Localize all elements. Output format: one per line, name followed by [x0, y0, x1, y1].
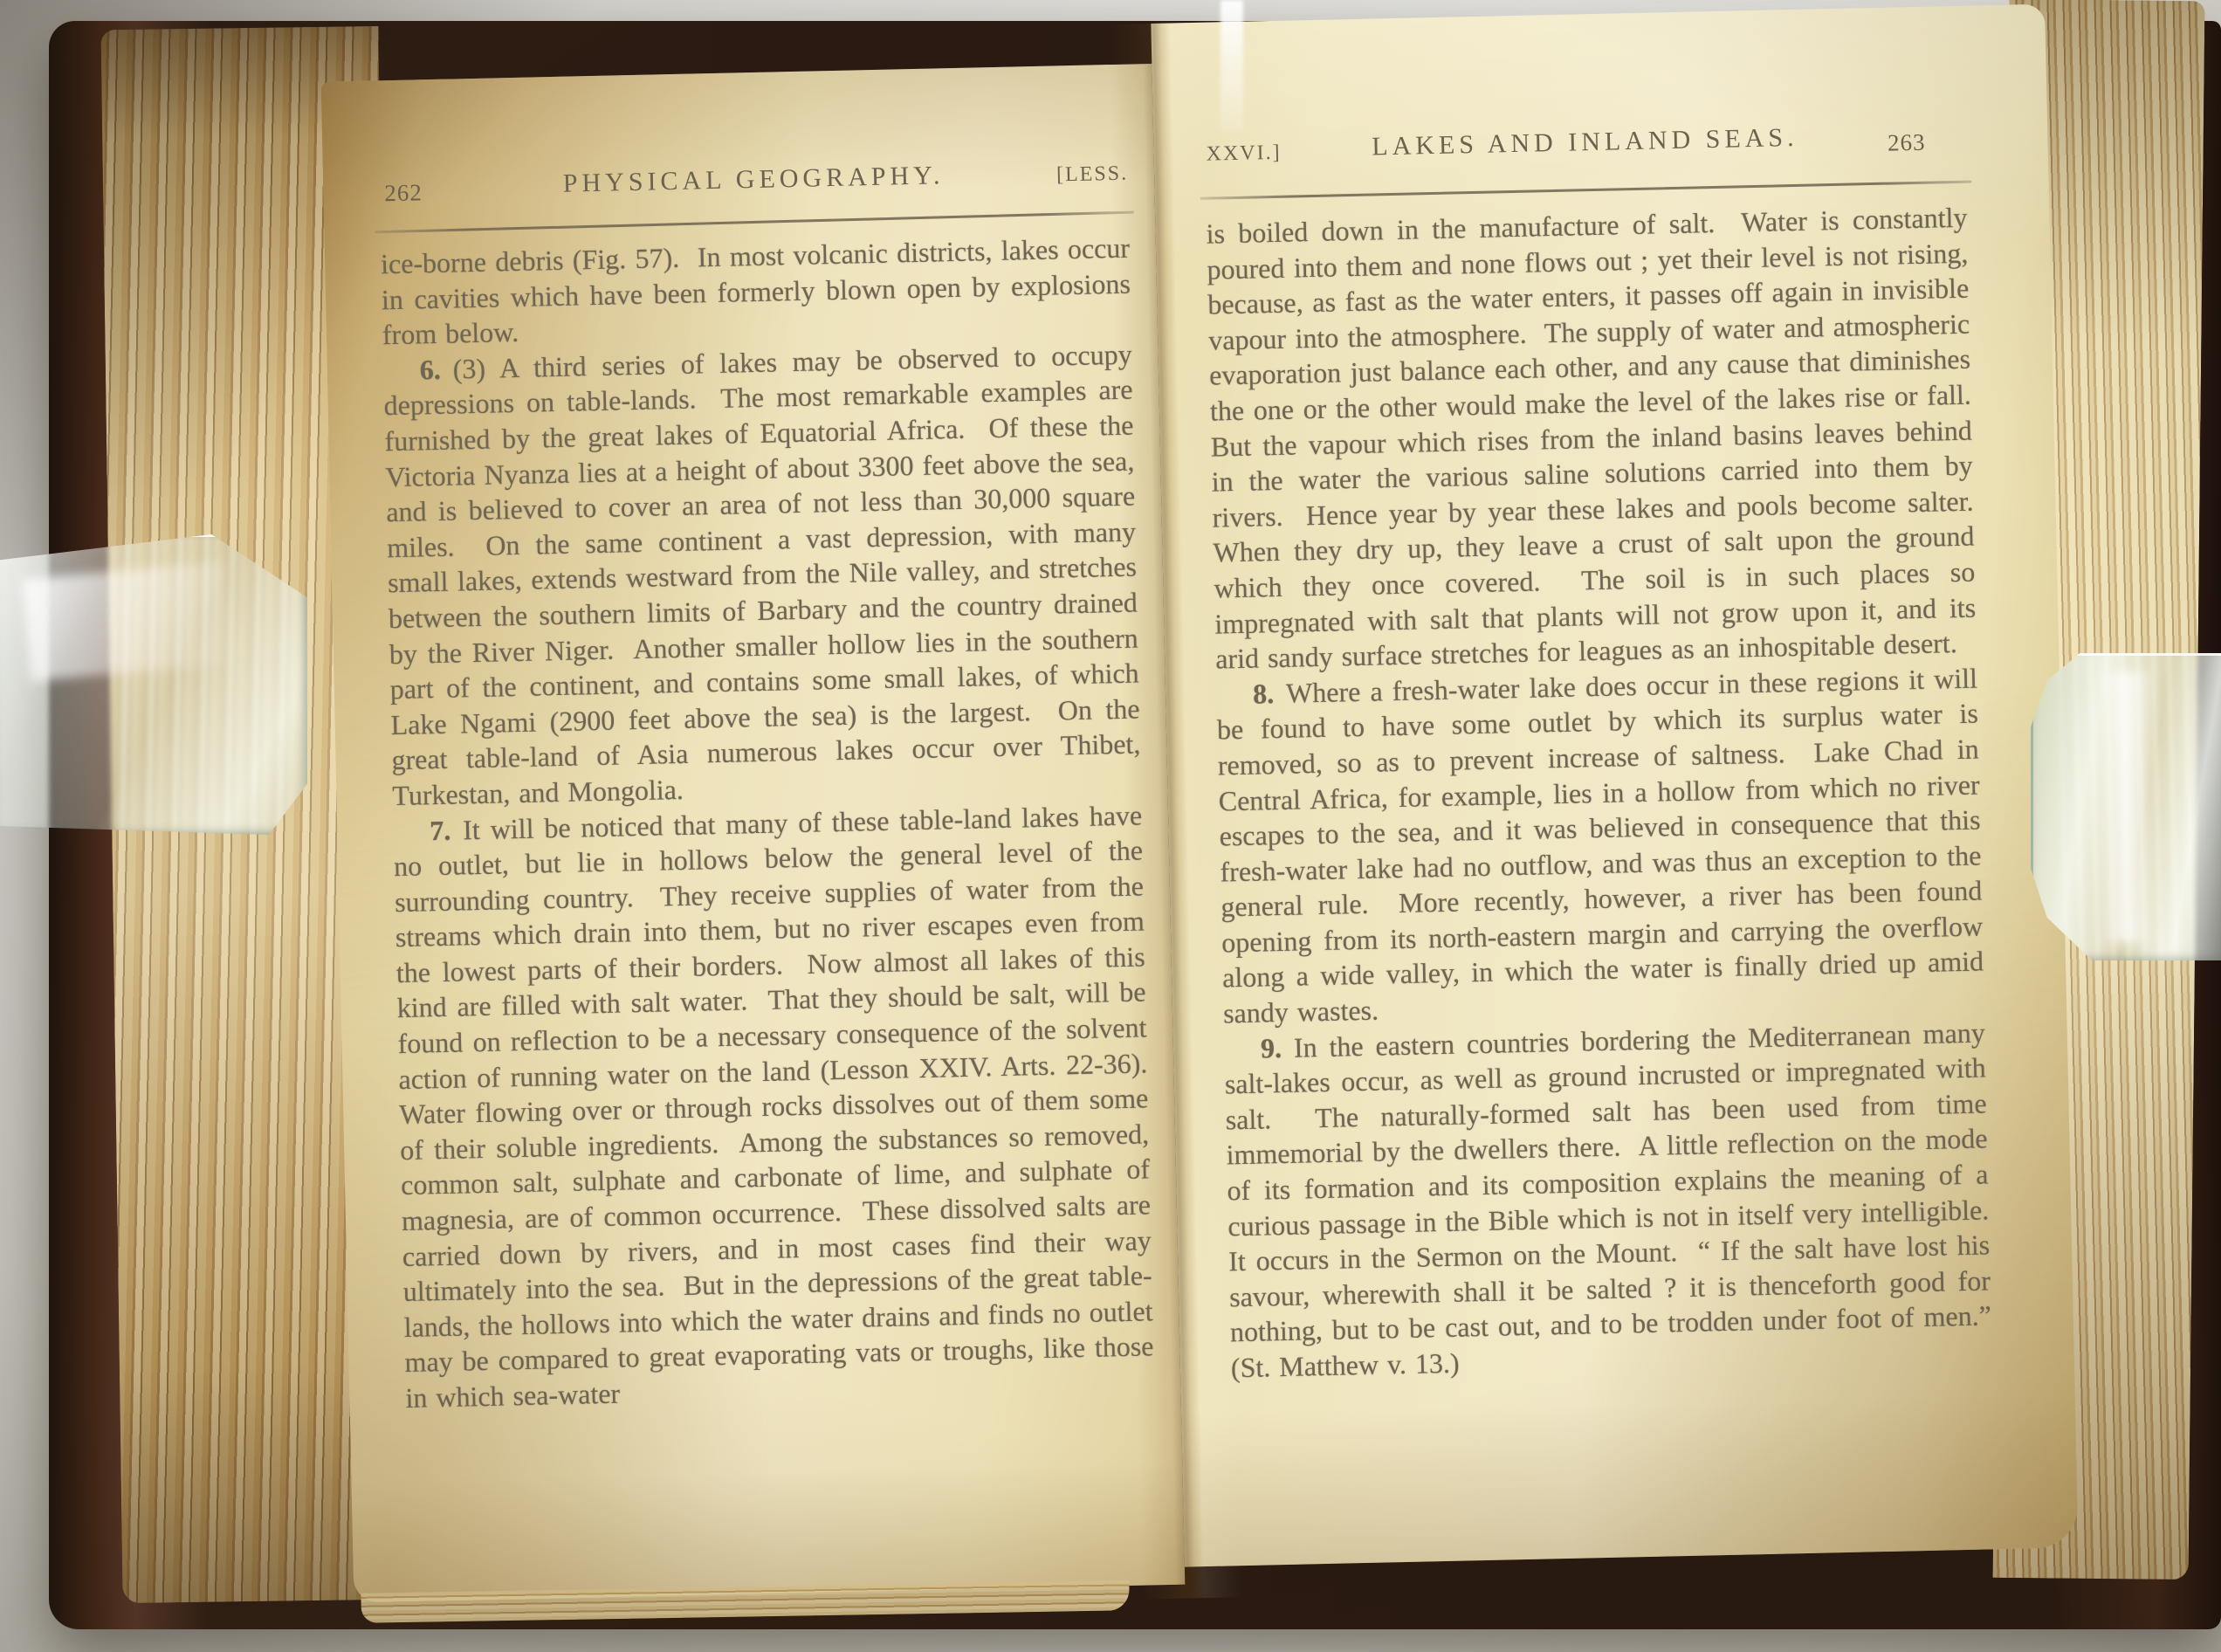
left-page: 262 PHYSICAL GEOGRAPHY. [LESS. ice-borne… — [321, 64, 1186, 1602]
glass-paperweight-right — [2031, 653, 2221, 960]
light-reflection — [1221, 0, 1243, 131]
paragraph-number: 7. — [430, 814, 464, 846]
paragraph-text: (3) A third series of lakes may be obser… — [383, 338, 1149, 811]
left-header-rule — [375, 211, 1134, 234]
paragraph-number: 9. — [1261, 1031, 1295, 1063]
right-body-text: is boiled down in the manufacture of sal… — [1206, 200, 1992, 1386]
paragraph-text: In the eastern countries bordering the M… — [1224, 1016, 2009, 1383]
right-header-rule — [1200, 181, 1972, 200]
paragraph-number: 8. — [1253, 678, 1287, 710]
paragraph: 6.(3) A third series of lakes may be obs… — [382, 336, 1141, 813]
paragraph-text: is boiled down in the manufacture of sal… — [1206, 201, 1991, 674]
right-page: XXVI.] LAKES AND INLAND SEAS. 263 is boi… — [1151, 4, 2078, 1567]
left-body-text: ice-borne debris (Fig. 57). In most volc… — [381, 231, 1155, 1416]
paragraph-text: ice-borne debris (Fig. 57). In most volc… — [381, 231, 1139, 350]
left-page-header: 262 PHYSICAL GEOGRAPHY. [LESS. — [379, 157, 1129, 212]
right-page-header: XXVI.] LAKES AND INLAND SEAS. 263 — [1204, 120, 1966, 175]
left-running-title: PHYSICAL GEOGRAPHY. — [379, 157, 1129, 203]
right-page-content: XXVI.] LAKES AND INLAND SEAS. 263 is boi… — [1201, 6, 1996, 1566]
left-margin-note: [LESS. — [1056, 162, 1129, 188]
left-page-content: 262 PHYSICAL GEOGRAPHY. [LESS. ice-borne… — [377, 65, 1159, 1601]
paragraph: 9.In the eastern countries bordering the… — [1224, 1015, 1993, 1386]
paragraph-text: Where a fresh-water lake does occur in t… — [1217, 662, 1993, 1029]
paragraph: 7.It will be noticed that many of these … — [393, 797, 1155, 1416]
glass-paperweight-left — [0, 534, 307, 835]
right-running-title: LAKES AND INLAND SEAS. — [1204, 120, 1966, 166]
photo-background: 262 PHYSICAL GEOGRAPHY. [LESS. ice-borne… — [0, 0, 2221, 1652]
paragraph-number: 6. — [419, 353, 453, 385]
paragraph-text: It will be noticed that many of these ta… — [394, 799, 1166, 1414]
paragraph: is boiled down in the manufacture of sal… — [1206, 200, 1977, 678]
open-pages: 262 PHYSICAL GEOGRAPHY. [LESS. ice-borne… — [320, 4, 2080, 1617]
right-page-number: 263 — [1888, 129, 1926, 157]
paragraph: 8.Where a fresh-water lake does occur in… — [1216, 660, 1985, 1031]
paragraph: ice-borne debris (Fig. 57). In most volc… — [381, 231, 1131, 353]
